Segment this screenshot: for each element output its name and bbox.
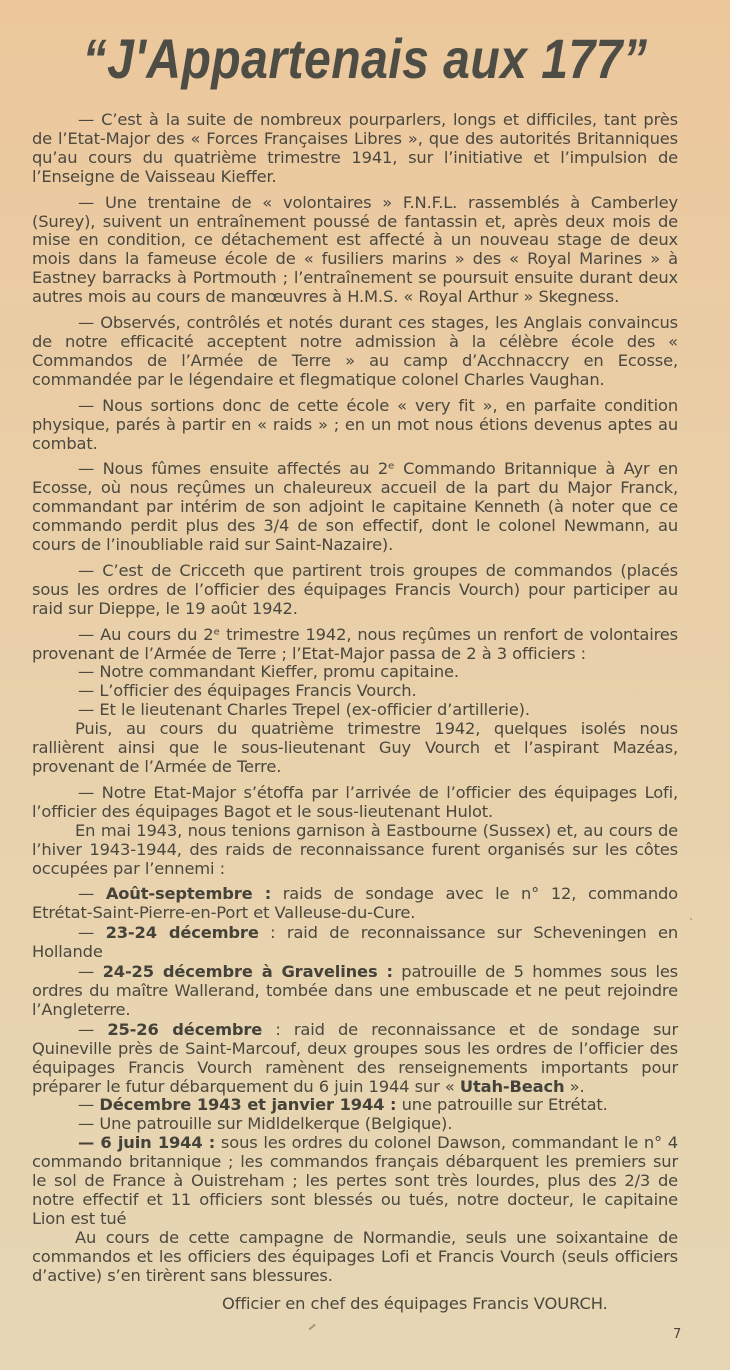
page-title: “J'Appartenais aux 177” bbox=[51, 24, 679, 94]
raid-entry: — Une patrouille sur Midldelkerque (Belg… bbox=[32, 1115, 678, 1134]
text-run: — Observés, contrôlés et notés durant ce… bbox=[32, 313, 678, 389]
text-run: Au cours de cette campagne de Normandie,… bbox=[32, 1228, 678, 1285]
raid-entry: — 24-25 décembre à Gravelines : patrouil… bbox=[32, 963, 678, 1020]
text-run: — Une trentaine de « volontaires » F.N.F… bbox=[32, 193, 678, 307]
text-run: — bbox=[78, 1095, 99, 1114]
raid-entry: — Août-septembre : raids de sondage avec… bbox=[32, 885, 678, 923]
bold-date-label: Décembre 1943 et janvier 1944 : bbox=[99, 1095, 396, 1114]
text-run: — bbox=[78, 1020, 107, 1039]
paragraph: — Au cours du 2ᵉ trimestre 1942, nous re… bbox=[32, 626, 678, 664]
bold-date-label: 25-26 décembre bbox=[107, 1020, 262, 1039]
text-run: — bbox=[78, 923, 106, 942]
bold-date-label: Utah-Beach bbox=[460, 1077, 565, 1096]
article-body: — C’est à la suite de nombreux pourparle… bbox=[32, 111, 678, 1285]
text-run: — Au cours du 2ᵉ trimestre 1942, nous re… bbox=[32, 625, 678, 663]
text-run: — bbox=[78, 884, 106, 903]
text-run: — Nous sortions donc de cette école « ve… bbox=[32, 396, 678, 453]
text-run: Puis, au cours du quatrième trimestre 19… bbox=[32, 719, 678, 776]
text-run: — C’est de Cricceth que partirent trois … bbox=[32, 561, 678, 618]
paragraph: — C’est à la suite de nombreux pourparle… bbox=[32, 111, 678, 187]
paragraph: Au cours de cette campagne de Normandie,… bbox=[32, 1229, 678, 1286]
bold-date-label: Août-septembre : bbox=[106, 884, 271, 903]
paragraph: — Notre Etat-Major s’étoffa par l’arrivé… bbox=[32, 784, 678, 822]
list-item: — L’officier des équipages Francis Vourc… bbox=[32, 682, 678, 701]
paper-speck bbox=[690, 918, 692, 920]
list-item: — Notre commandant Kieffer, promu capita… bbox=[32, 663, 678, 682]
raid-entry: — 25-26 décembre : raid de reconnaissanc… bbox=[32, 1021, 678, 1097]
raid-entry: — Décembre 1943 et janvier 1944 : une pa… bbox=[32, 1096, 678, 1115]
text-run: — Notre Etat-Major s’étoffa par l’arrivé… bbox=[32, 783, 678, 821]
bold-date-label: 24-25 décembre à Gravelines : bbox=[103, 962, 393, 981]
text-run: ». bbox=[564, 1077, 584, 1096]
text-run: — bbox=[78, 962, 103, 981]
paragraph: Puis, au cours du quatrième trimestre 19… bbox=[32, 720, 678, 777]
list-item: — Et le lieutenant Charles Trepel (ex-of… bbox=[32, 701, 678, 720]
paragraph: En mai 1943, nous tenions garnison à Eas… bbox=[32, 822, 678, 879]
pen-mark bbox=[308, 1324, 315, 1330]
magazine-page: “J'Appartenais aux 177” — C’est à la sui… bbox=[0, 0, 730, 1370]
bold-date-label: — 6 juin 1944 : bbox=[78, 1133, 215, 1152]
text-run: — Notre commandant Kieffer, promu capita… bbox=[78, 662, 459, 681]
text-run: En mai 1943, nous tenions garnison à Eas… bbox=[32, 821, 678, 878]
paragraph: — Une trentaine de « volontaires » F.N.F… bbox=[32, 194, 678, 307]
text-run: — Et le lieutenant Charles Trepel (ex-of… bbox=[78, 700, 530, 719]
author-signature: Officier en chef des équipages Francis V… bbox=[222, 1294, 608, 1313]
raid-entry: — 6 juin 1944 : sous les ordres du colon… bbox=[32, 1134, 678, 1229]
bold-date-label: 23-24 décembre bbox=[106, 923, 259, 942]
paragraph: — Nous fûmes ensuite affectés au 2ᵉ Comm… bbox=[32, 460, 678, 555]
paragraph: — Nous sortions donc de cette école « ve… bbox=[32, 397, 678, 454]
text-run: — C’est à la suite de nombreux pourparle… bbox=[32, 110, 678, 186]
paragraph: — Observés, contrôlés et notés durant ce… bbox=[32, 314, 678, 390]
paragraph: — C’est de Cricceth que partirent trois … bbox=[32, 562, 678, 619]
text-run: — Nous fûmes ensuite affectés au 2ᵉ Comm… bbox=[32, 459, 678, 554]
text-run: une patrouille sur Etrétat. bbox=[396, 1095, 607, 1114]
text-run: — L’officier des équipages Francis Vourc… bbox=[78, 681, 416, 700]
raid-entry: — 23-24 décembre : raid de reconnaissanc… bbox=[32, 924, 678, 962]
text-run: — Une patrouille sur Midldelkerque (Belg… bbox=[78, 1114, 452, 1133]
page-number: 7 bbox=[673, 1327, 681, 1343]
